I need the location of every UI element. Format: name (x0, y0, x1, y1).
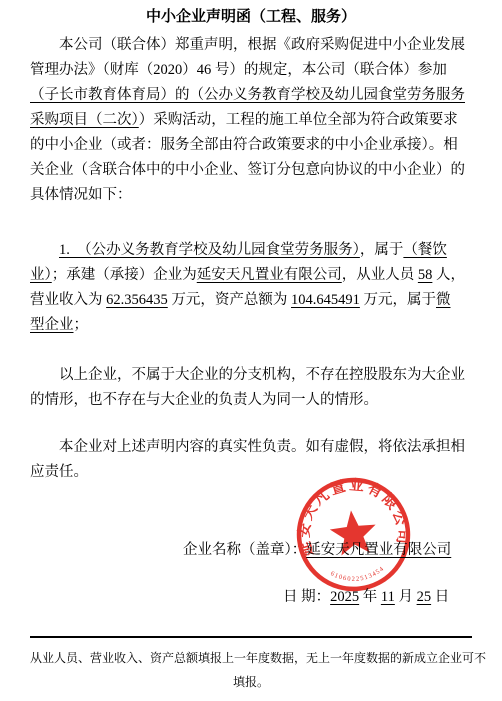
footnote-line-2: 填报。 (30, 673, 472, 691)
text-line: 本企业对上述声明内容的真实性负责。如有虚假，将依法承担相 (30, 435, 472, 460)
footnote-line-1: 从业人员、营业收入、资产总额填报上一年度数据，无上一年度数据的新成立企业可不 (30, 649, 472, 667)
text-line: 本公司（联合体）郑重声明，根据《政府采购促进中小企业发展 (30, 33, 472, 58)
underlined-field-text: 1. （公办义务教育学校及幼儿园食堂劳务服务） (59, 242, 360, 258)
static-text: 企业名称（盖章）： (183, 542, 306, 558)
star-icon (328, 508, 378, 556)
static-text: 万元，属于 (360, 292, 436, 308)
static-text: 人， (432, 267, 465, 283)
text-line: 的中小企业（或者：服务全部由符合政策要求的中小企业承接）。相 (30, 133, 472, 158)
underlined-field-text: 延安天凡置业有限公司 (197, 267, 342, 283)
text-line: （子长市教育体育局）的（公办义务教育学校及幼儿园食堂劳务服务 (30, 83, 472, 108)
static-text: 以上企业，不属于大企业的分支机构，不存在控股股东为大企业 (59, 367, 465, 383)
static-text: 万元，资产总额为 (168, 292, 291, 308)
text-line: 业）；承建（承接）企业为延安天凡置业有限公司，从业人员 58 人， (30, 263, 472, 288)
text-line: 1. （公办义务教育学校及幼儿园食堂劳务服务），属于（餐饮 (30, 238, 472, 263)
static-text: 本公司（联合体）郑重声明，根据《政府采购促进中小企业发展 (59, 37, 465, 53)
text-line: 采购项目（二次））采购活动，工程的施工单位全部为符合政策要求 (30, 108, 472, 133)
document-page: 中小企业声明函（工程、服务） 本公司（联合体）郑重声明，根据《政府采购促进中小企… (0, 0, 502, 701)
static-text: 本企业对上述声明内容的真实性负责。如有虚假，将依法承担相 (59, 439, 465, 455)
static-text: ，属于 (360, 242, 404, 258)
static-text: 应责任。 (30, 464, 88, 480)
text-line: 具体情况如下： (30, 183, 472, 208)
underlined-field-text: 104.645491 (291, 292, 360, 308)
static-text: 营业收入为 (30, 292, 106, 308)
document-title: 中小企业声明函（工程、服务） (0, 6, 502, 28)
company-seal: 延安天凡置业有限公司 6106022513454 (287, 468, 420, 601)
underlined-field-text: 58 (418, 267, 433, 283)
static-text: ； (74, 317, 89, 333)
text-line: 以上企业，不属于大企业的分支机构，不存在控股股东为大企业 (30, 363, 472, 388)
static-text: ）采购活动，工程的施工单位全部为符合政策要求 (139, 112, 458, 128)
static-text: ，从业人员 (342, 267, 418, 283)
underlined-field-text: （子长市教育体育局）的（公办义务教育学校及幼儿园食堂劳务服务 (30, 87, 465, 103)
document-body: 本公司（联合体）郑重声明，根据《政府采购促进中小企业发展管理办法》（财库（202… (0, 33, 502, 485)
footnote-section: 从业人员、营业收入、资产总额填报上一年度数据，无上一年度数据的新成立企业可不 填… (30, 636, 472, 691)
static-text: 的中小企业（或者：服务全部由符合政策要求的中小企业承接）。相 (30, 137, 458, 153)
underlined-field-text: 型企业 (30, 317, 74, 333)
static-text: 具体情况如下： (30, 187, 132, 203)
static-text: 管理办法》（财库（2020）46 号）的规定，本公司（联合体）参加 (30, 62, 447, 78)
text-line: 的情形，也不存在与大企业的负责人为同一人的情形。 (30, 388, 472, 413)
text-line: 管理办法》（财库（2020）46 号）的规定，本公司（联合体）参加 (30, 58, 472, 83)
static-text: 的情形，也不存在与大企业的负责人为同一人的情形。 (30, 392, 378, 408)
text-line: 营业收入为 62.356435 万元，资产总额为 104.645491 万元，属… (30, 288, 472, 313)
static-text: 关企业（含联合体中的中小企业、签订分包意向协议的中小企业）的 (30, 162, 465, 178)
text-line: 型企业； (30, 313, 472, 338)
underlined-field-text: 62.356435 (106, 292, 168, 308)
static-text: ；承建（承接）企业为 (52, 267, 197, 283)
text-line: 关企业（含联合体中的中小企业、签订分包意向协议的中小企业）的 (30, 158, 472, 183)
underlined-field-text: 25 (417, 589, 432, 605)
underlined-field-text: 采购项目（二次） (30, 112, 139, 128)
underlined-field-text: 业） (30, 267, 52, 283)
static-text: 日 (431, 589, 449, 605)
underlined-field-text: 微 (436, 292, 451, 308)
static-text: 月 (395, 589, 417, 605)
underlined-field-text: （餐饮 (403, 242, 447, 258)
